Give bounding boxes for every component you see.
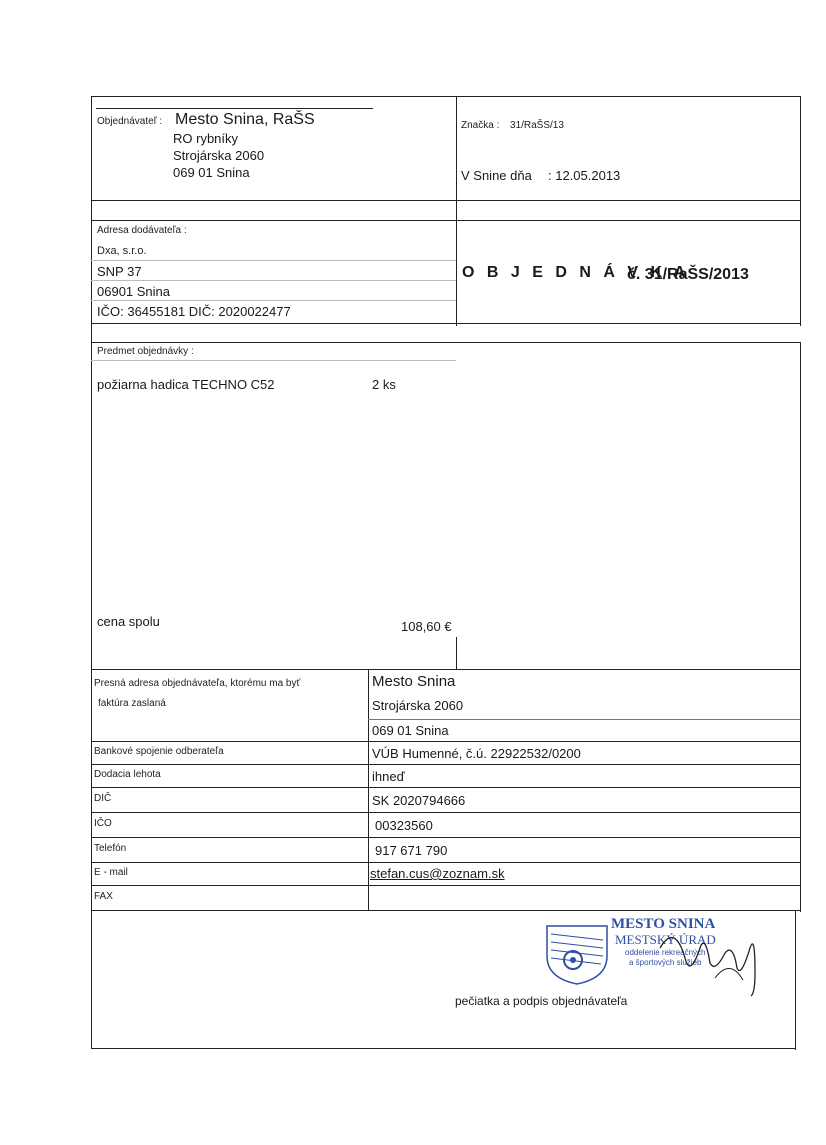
row-rule-0 (91, 741, 801, 742)
header-rule-3 (91, 323, 801, 324)
email-value[interactable]: stefan.cus@zoznam.sk (370, 866, 505, 881)
delivery-value: ihneď (372, 769, 405, 784)
fax-label: FAX (94, 891, 113, 902)
orderer-label: Objednávateľ : (97, 116, 162, 127)
city-coat-of-arms-icon (543, 920, 613, 986)
supplier-ids: IČO: 36455181 DIČ: 2020022477 (97, 304, 291, 319)
header-rule-2 (91, 220, 801, 221)
ico-label: IČO (94, 818, 112, 829)
phone-label: Telefón (94, 843, 126, 854)
supplier-name: Dxa, s.r.o. (97, 245, 147, 257)
frame-right-signature (795, 910, 796, 1050)
phone-value: 917 671 790 (375, 843, 447, 858)
invoice-address-line-2: Strojárska 2060 (372, 698, 463, 713)
row-rule-6 (91, 885, 801, 886)
signature-label: pečiatka a podpis objednávateľa (455, 994, 627, 1008)
bank-value: VÚB Humenné, č.ú. 22922532/0200 (372, 746, 581, 761)
orderer-line-1: RO rybníky (173, 131, 238, 146)
total-value: 108,60 € (401, 619, 452, 634)
supplier-rule-2 (91, 280, 456, 281)
frame-right-bottom (800, 342, 801, 912)
row-rule-3 (91, 812, 801, 813)
delivery-label: Dodacia lehota (94, 769, 161, 780)
orderer-name: Mesto Snina, RaŠS (175, 111, 315, 129)
order-date: : 12.05.2013 (548, 168, 620, 183)
frame-right-top (800, 96, 801, 326)
subject-label: Predmet objednávky : (97, 346, 194, 357)
row-rule-2 (91, 787, 801, 788)
subject-label-rule (91, 360, 456, 361)
item-name: požiarna hadica TECHNO C52 (97, 377, 275, 392)
orderer-underline (96, 108, 373, 109)
details-top-rule (91, 669, 801, 670)
row-rule-4 (91, 837, 801, 838)
invoice-address-line-3: 069 01 Snina (372, 723, 449, 738)
place-date-label: V Snine dňa (461, 168, 532, 183)
supplier-rule-3 (91, 300, 456, 301)
order-number: č. 31/RaŠS/2013 (627, 266, 749, 284)
reference-value: 31/RaŠS/13 (510, 120, 564, 131)
row-rule-1 (91, 764, 801, 765)
orderer-line-2: Strojárska 2060 (173, 148, 264, 163)
bank-label: Bankové spojenie odberateľa (94, 746, 224, 757)
invoice-address-line-1: Mesto Snina (372, 673, 455, 690)
invoice-address-rule (368, 719, 800, 720)
item-quantity: 2 ks (372, 377, 396, 392)
invoice-address-label-1: Presná adresa objednávateľa, ktorému ma … (94, 678, 300, 689)
email-label: E - mail (94, 867, 128, 878)
row-rule-5 (91, 862, 801, 863)
details-divider (368, 669, 369, 910)
total-tick (456, 637, 457, 669)
dic-value: SK 2020794666 (372, 793, 465, 808)
supplier-rule-1 (91, 260, 456, 261)
orderer-line-3: 069 01 Snina (173, 165, 250, 180)
frame-top (91, 96, 801, 97)
reference-label: Značka : (461, 120, 499, 131)
total-label: cena spolu (97, 614, 160, 629)
frame-bottom (91, 1048, 796, 1049)
supplier-city: 06901 Snina (97, 284, 170, 299)
supplier-street: SNP 37 (97, 264, 142, 279)
city-stamp: MESTO SNINA MESTSKÝ ÚRAD oddelenie rekre… (543, 920, 613, 991)
header-rule-1 (91, 200, 801, 201)
invoice-address-label-2: faktúra zaslaná (98, 698, 166, 709)
ico-value: 00323560 (375, 818, 433, 833)
supplier-label: Adresa dodávateľa : (97, 225, 187, 236)
header-divider (456, 96, 457, 326)
row-rule-7 (91, 910, 801, 911)
dic-label: DIČ (94, 793, 111, 804)
frame-left (91, 96, 92, 1048)
subject-top-rule (91, 342, 801, 343)
handwritten-signature-icon (655, 918, 775, 998)
